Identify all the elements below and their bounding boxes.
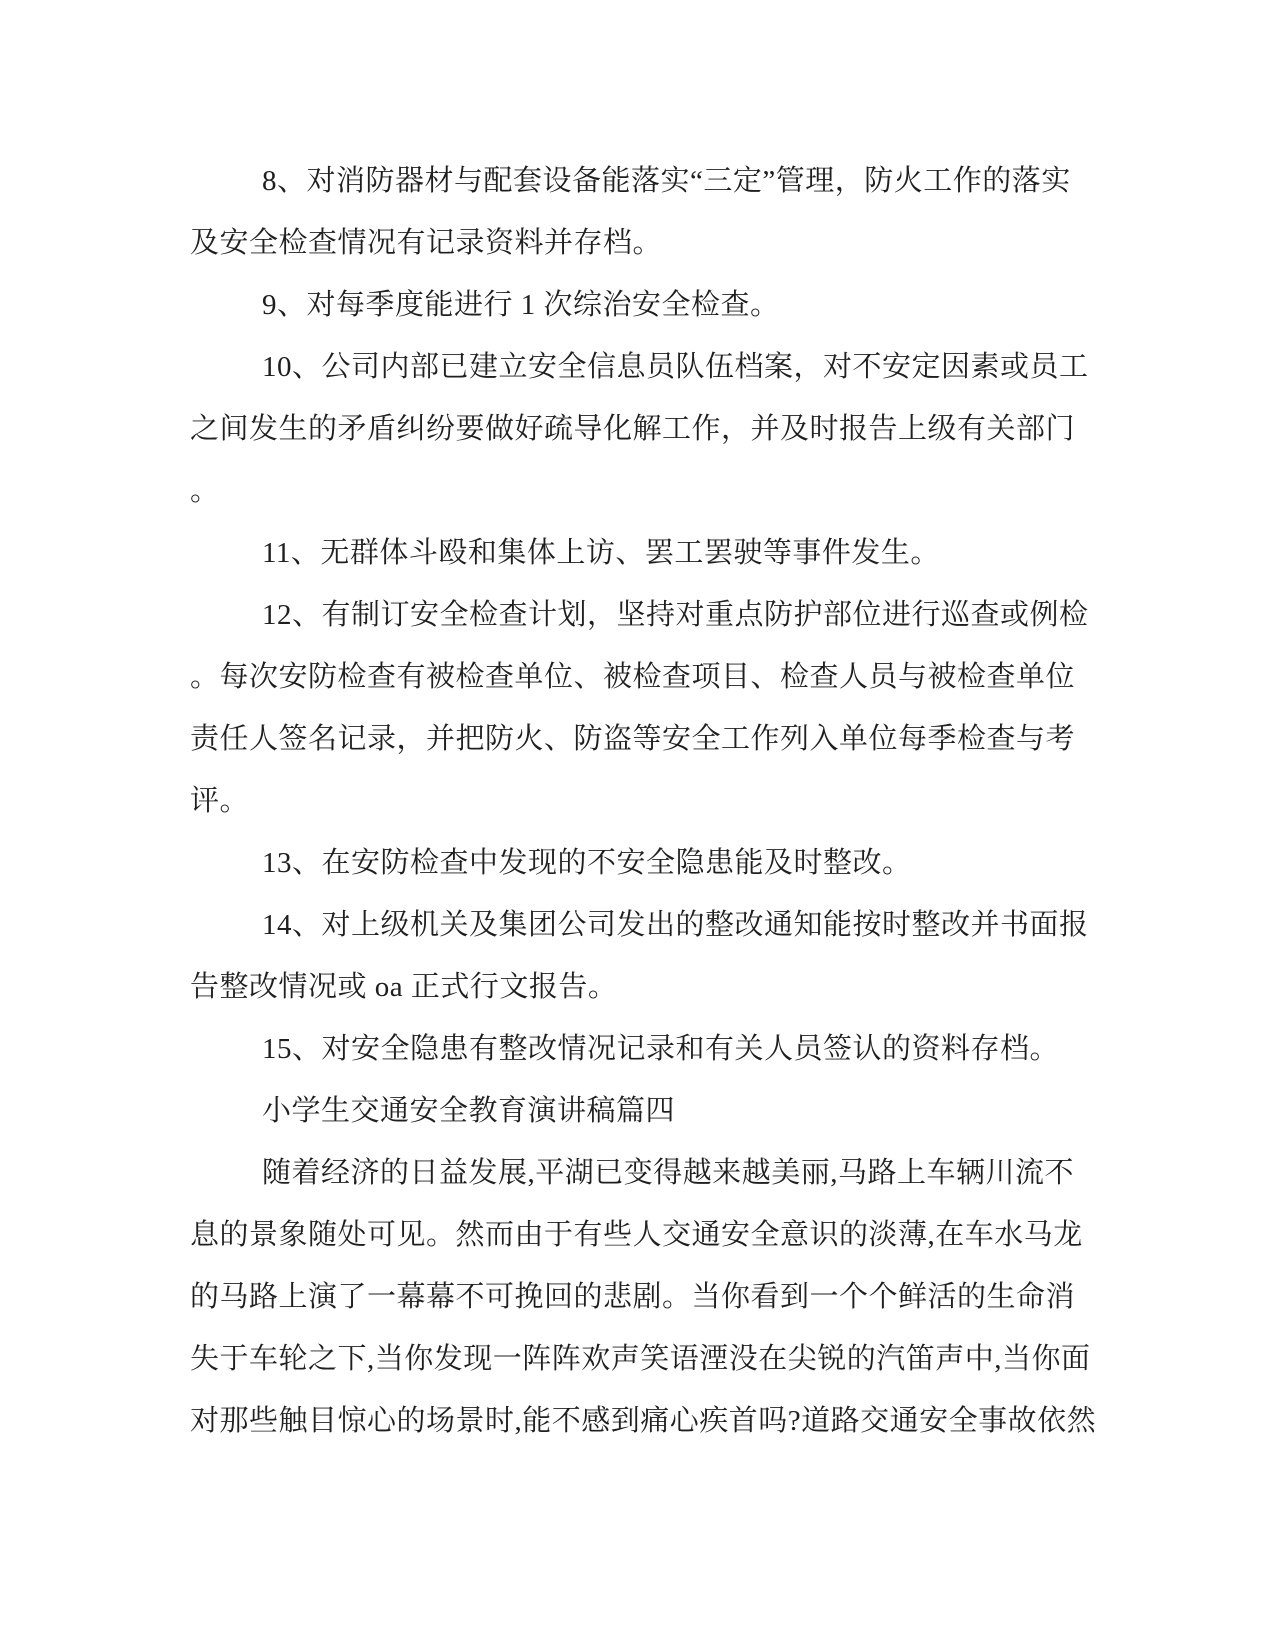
text-line: 随着经济的日益发展,平湖已变得越来越美丽,马路上车辆川流不 bbox=[190, 1142, 1105, 1204]
document-page: 8、对消防器材与配套设备能落实“三定”管理，防火工作的落实 及安全检查情况有记录… bbox=[0, 0, 1275, 1650]
text-line: 9、对每季度能进行 1 次综治安全检查。 bbox=[190, 274, 1105, 336]
text-line: 12、有制订安全检查计划，坚持对重点防护部位进行巡查或例检 bbox=[190, 584, 1105, 646]
text-line: 8、对消防器材与配套设备能落实“三定”管理，防火工作的落实 bbox=[190, 150, 1105, 212]
document-body: 8、对消防器材与配套设备能落实“三定”管理，防火工作的落实 及安全检查情况有记录… bbox=[190, 150, 1105, 1452]
text-line: 告整改情况或 oa 正式行文报告。 bbox=[190, 956, 1105, 1018]
text-line: 的马路上演了一幕幕不可挽回的悲剧。当你看到一个个鲜活的生命消 bbox=[190, 1266, 1105, 1328]
text-line: 11、无群体斗殴和集体上访、罢工罢驶等事件发生。 bbox=[190, 522, 1105, 584]
text-line: 之间发生的矛盾纠纷要做好疏导化解工作，并及时报告上级有关部门 bbox=[190, 398, 1105, 460]
text-line: 。 bbox=[190, 460, 1105, 522]
text-line: 。每次安防检查有被检查单位、被检查项目、检查人员与被检查单位 bbox=[190, 646, 1105, 708]
text-line: 13、在安防检查中发现的不安全隐患能及时整改。 bbox=[190, 832, 1105, 894]
section-heading: 小学生交通安全教育演讲稿篇四 bbox=[190, 1080, 1105, 1142]
text-line: 15、对安全隐患有整改情况记录和有关人员签认的资料存档。 bbox=[190, 1018, 1105, 1080]
text-line: 14、对上级机关及集团公司发出的整改通知能按时整改并书面报 bbox=[190, 894, 1105, 956]
text-line: 责任人签名记录，并把防火、防盗等安全工作列入单位每季检查与考 bbox=[190, 708, 1105, 770]
text-line: 息的景象随处可见。然而由于有些人交通安全意识的淡薄,在车水马龙 bbox=[190, 1204, 1105, 1266]
text-line: 对那些触目惊心的场景时,能不感到痛心疾首吗?道路交通安全事故依然 bbox=[190, 1390, 1105, 1452]
text-line: 评。 bbox=[190, 770, 1105, 832]
text-line: 10、公司内部已建立安全信息员队伍档案，对不安定因素或员工 bbox=[190, 336, 1105, 398]
text-line: 失于车轮之下,当你发现一阵阵欢声笑语湮没在尖锐的汽笛声中,当你面 bbox=[190, 1328, 1105, 1390]
text-line: 及安全检查情况有记录资料并存档。 bbox=[190, 212, 1105, 274]
